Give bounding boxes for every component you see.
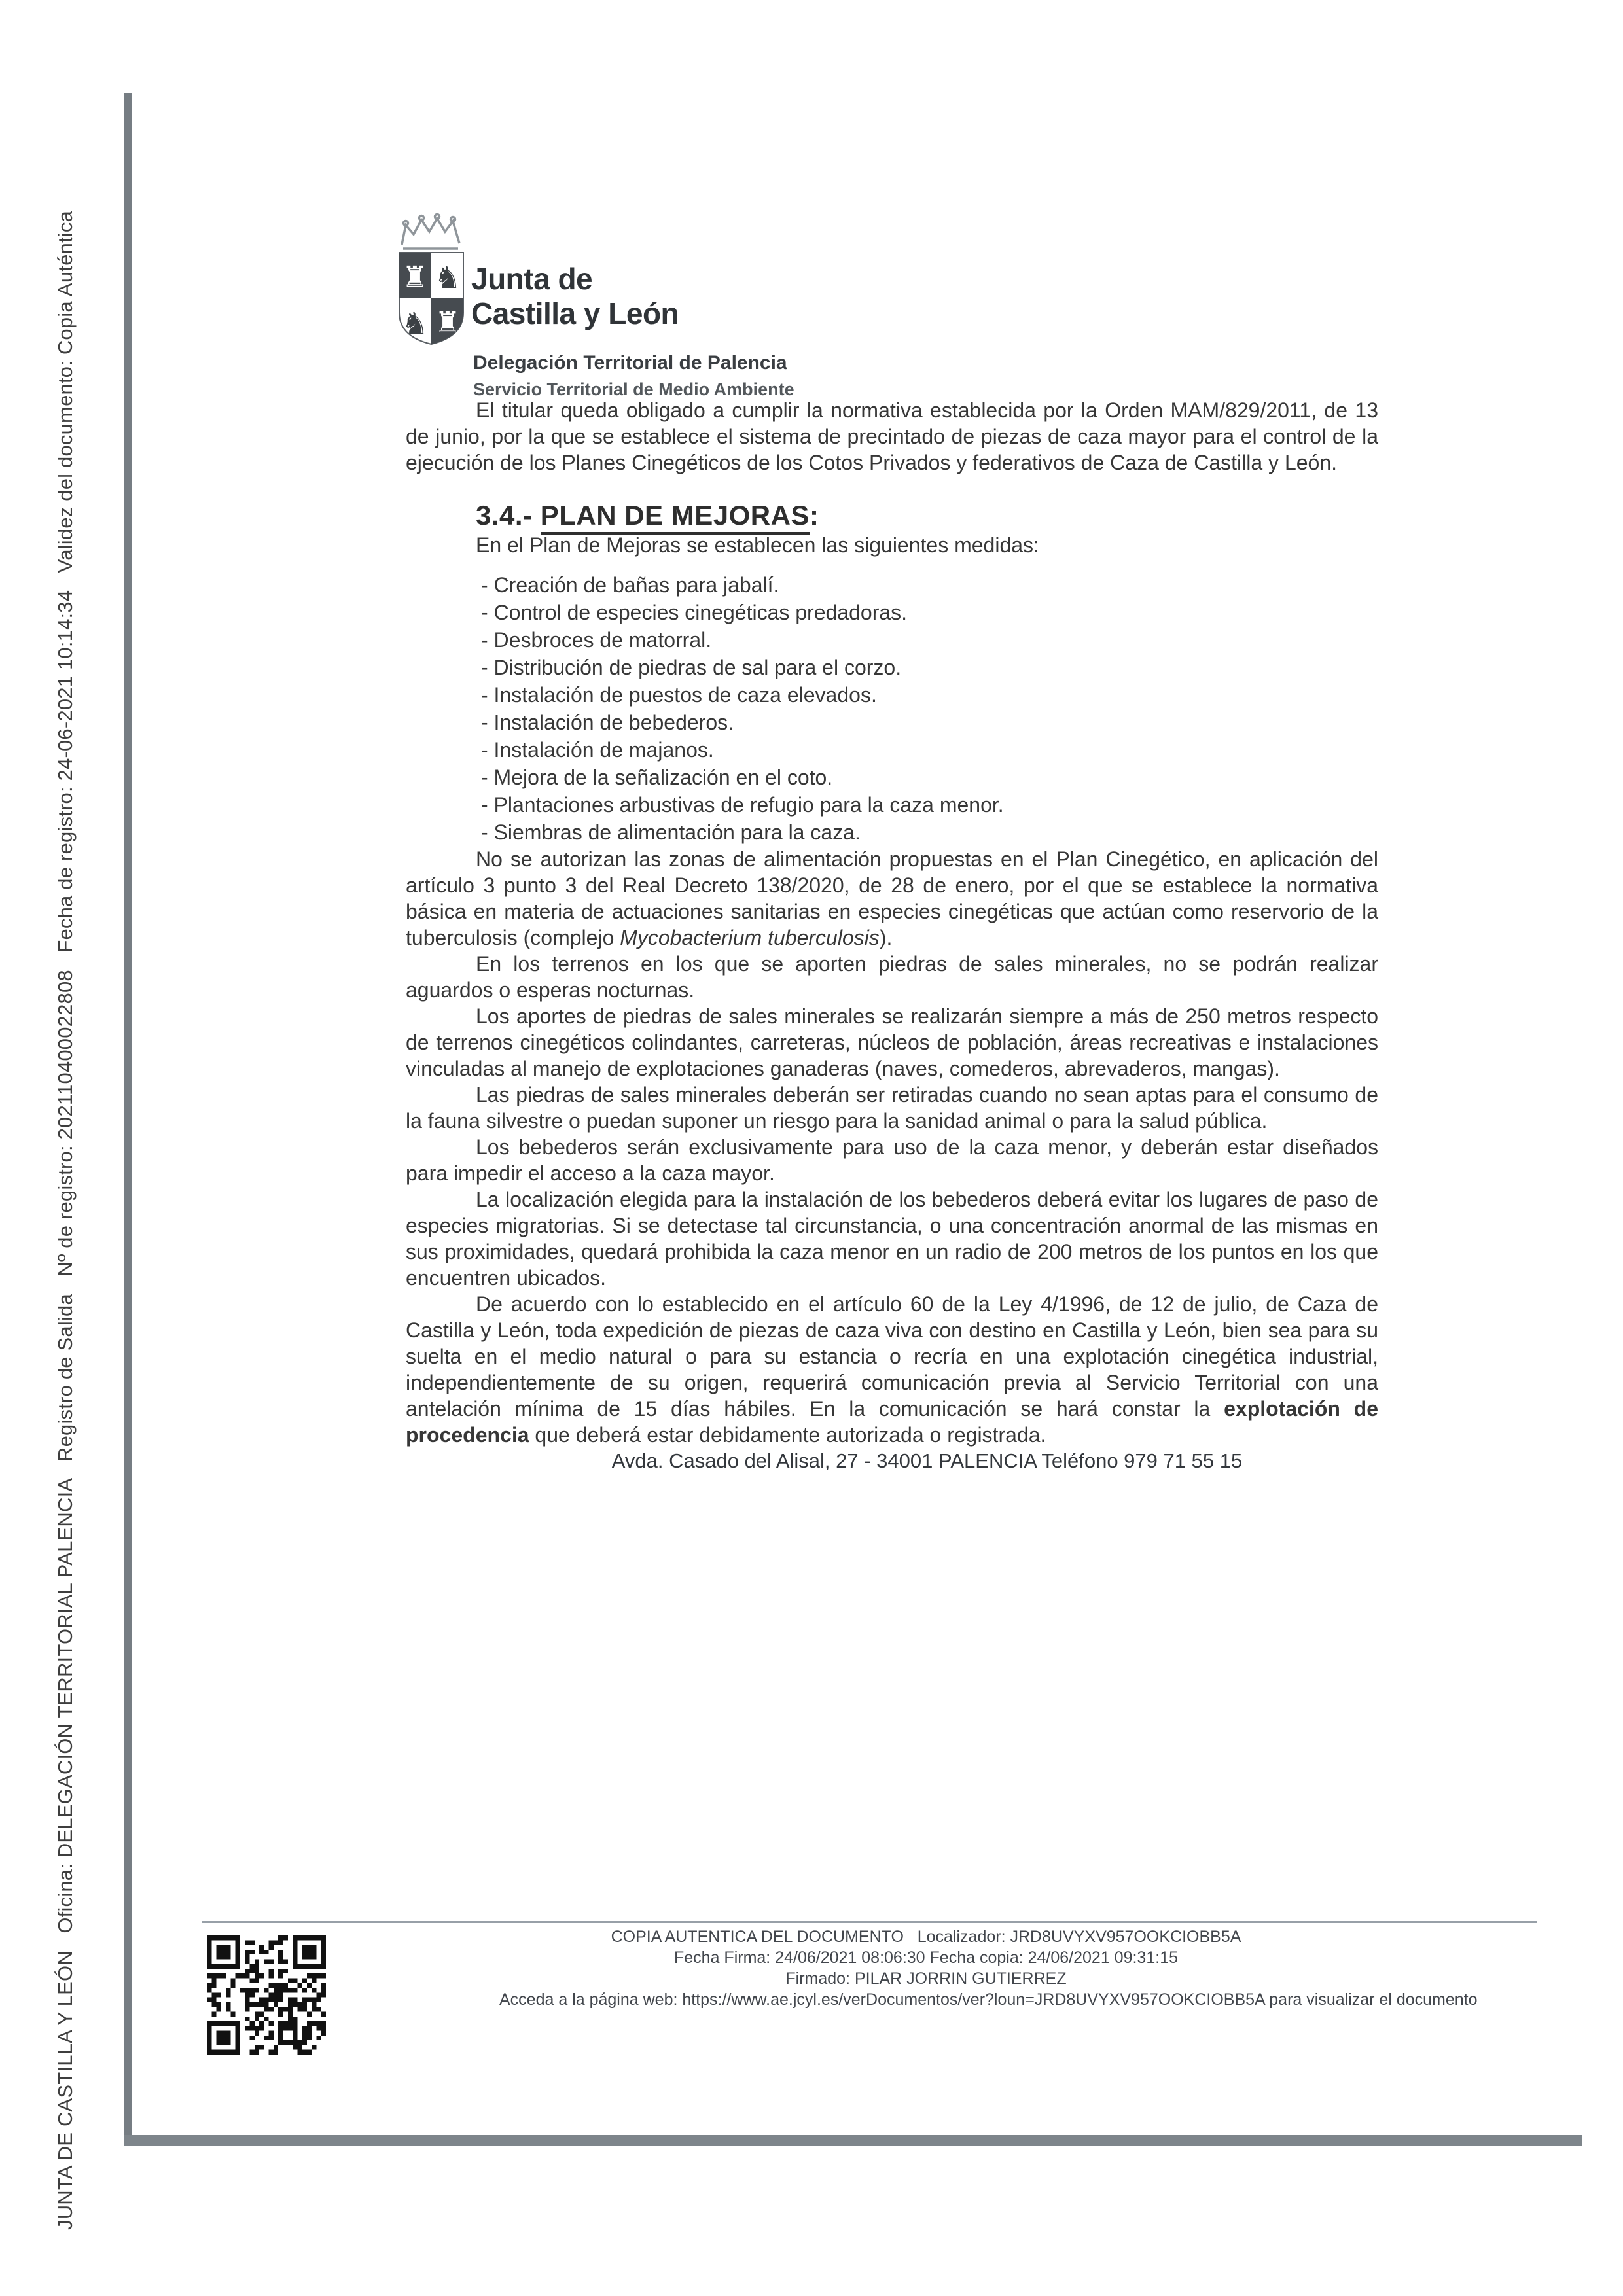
measures-list: - Creación de bañas para jabalí.- Contro… (406, 571, 1378, 846)
coat-of-arms-icon: ♜ ♞ ♞ ♜ (395, 212, 467, 347)
scan-edge-horizontal (124, 2135, 1582, 2146)
paragraph-expedicion: De acuerdo con lo establecido en el artí… (406, 1291, 1378, 1448)
registry-vertical-text: JUNTA DE CASTILLA Y LEÓN Oficina: DELEGA… (54, 211, 77, 2230)
paragraph-retiradas: Las piedras de sales minerales deberán s… (406, 1082, 1378, 1134)
paragraph-aportes: Los aportes de piedras de sales minerale… (406, 1003, 1378, 1082)
list-item: - Instalación de majanos. (481, 736, 1378, 764)
latin-species-name: Mycobacterium tuberculosis (620, 926, 880, 949)
letter-body: El titular queda obligado a cumplir la n… (406, 397, 1378, 1474)
document-page: JUNTA DE CASTILLA Y LEÓN Oficina: DELEGA… (0, 0, 1623, 2296)
org-title-line2: Castilla y León (471, 296, 679, 331)
lion-glyph: ♞ (401, 306, 428, 340)
list-item: - Siembras de alimentación para la caza. (481, 819, 1378, 846)
section-heading: 3.4.- PLAN DE MEJORAS: (476, 499, 1378, 532)
office-address: Avda. Casado del Alisal, 27 - 34001 PALE… (406, 1448, 1378, 1474)
signature-dates-line: Fecha Firma: 24/06/2021 08:06:30 Fecha c… (499, 1947, 1353, 1968)
measures-intro: En el Plan de Mejoras se establecen las … (406, 532, 1378, 558)
paragraph-localizacion: La localización elegida para la instalac… (406, 1186, 1378, 1291)
paragraph-text: que deberá estar debidamente autorizada … (529, 1423, 1046, 1447)
section-number: 3.4.- (476, 500, 541, 531)
department-line: Delegación Territorial de Palencia (473, 352, 787, 374)
copy-authentic-line: COPIA AUTENTICA DEL DOCUMENTO Localizado… (499, 1926, 1353, 1947)
certification-block: COPIA AUTENTICA DEL DOCUMENTO Localizado… (499, 1926, 1353, 2010)
shield-icon: ♜ ♞ ♞ ♜ (399, 253, 463, 344)
scan-edge-vertical (124, 93, 132, 2146)
list-item: - Plantaciones arbustivas de refugio par… (481, 791, 1378, 819)
paragraph-no-autorizan: No se autorizan las zonas de alimentació… (406, 846, 1378, 951)
section-title: PLAN DE MEJORAS (541, 500, 810, 535)
qr-code (207, 1935, 326, 2055)
paragraph-text: ). (880, 926, 893, 949)
list-item: - Mejora de la señalización en el coto. (481, 764, 1378, 791)
lion-glyph: ♞ (434, 260, 461, 294)
paragraph-terrenos: En los terrenos en los que se aporten pi… (406, 951, 1378, 1003)
section-colon: : (810, 500, 819, 531)
signer-line: Firmado: PILAR JORRIN GUTIERREZ (499, 1968, 1353, 1989)
paragraph-bebederos: Los bebederos serán exclusivamente para … (406, 1134, 1378, 1186)
org-title-line1: Junta de (471, 262, 679, 296)
castle-glyph: ♜ (402, 261, 427, 293)
crown-icon (402, 215, 459, 249)
footer-separator (202, 1921, 1537, 1923)
verification-url-line: Acceda a la página web: https://www.ae.j… (499, 1989, 1353, 2010)
list-item: - Desbroces de matorral. (481, 626, 1378, 654)
list-item: - Distribución de piedras de sal para el… (481, 654, 1378, 681)
org-title: Junta de Castilla y León (471, 262, 679, 331)
list-item: - Instalación de puestos de caza elevado… (481, 681, 1378, 709)
list-item: - Instalación de bebederos. (481, 709, 1378, 736)
paragraph-orden: El titular queda obligado a cumplir la n… (406, 397, 1378, 476)
list-item: - Creación de bañas para jabalí. (481, 571, 1378, 599)
list-item: - Control de especies cinegéticas predad… (481, 599, 1378, 626)
castle-glyph: ♜ (435, 307, 460, 339)
